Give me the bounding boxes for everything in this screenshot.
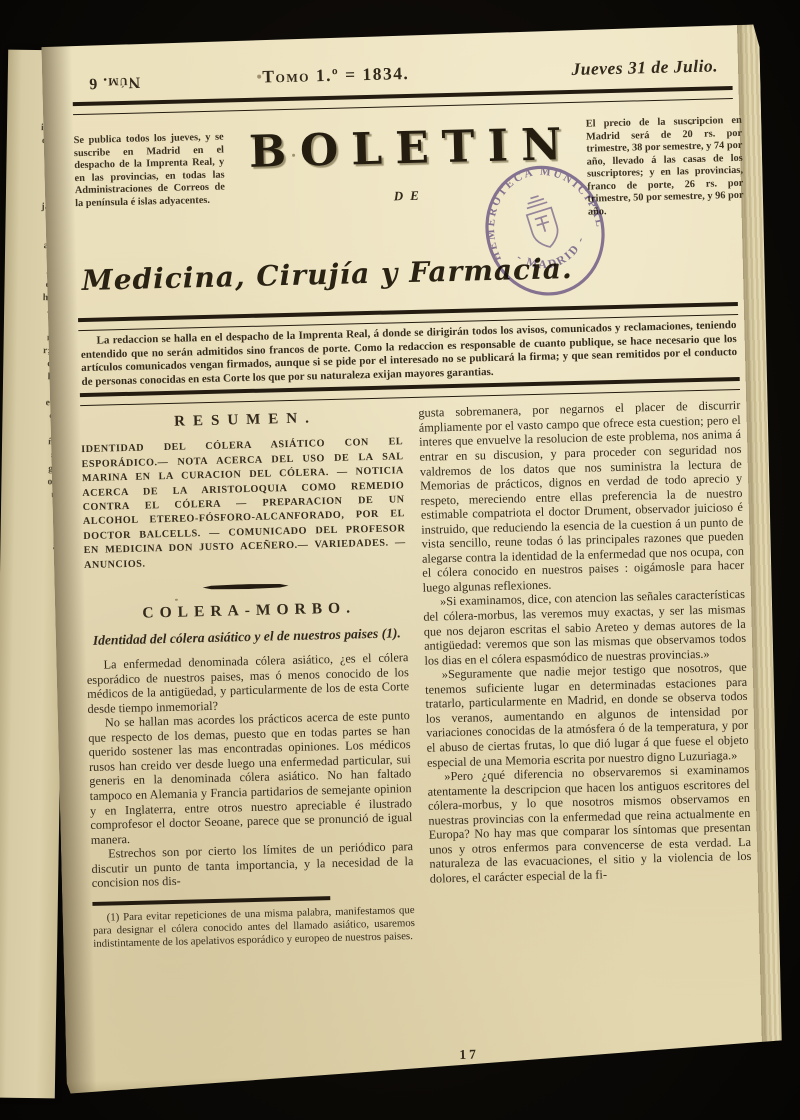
article-title: COLERA-MORBO. [85,598,407,624]
stamp-crest-icon [522,193,562,250]
body-paragraph: No se hallan mas acordes los prácticos a… [88,708,413,847]
footnote-rule [92,896,330,906]
body-paragraph: »Si examinamos, dice, con atencion las s… [423,587,747,668]
resumen-title: RESUMEN. [80,409,402,434]
body-paragraph: gusta sobremanera, por negarnos el place… [418,398,745,595]
text-columns: RESUMEN. IDENTIDAD DEL CÓLERA ASIÁTICO C… [80,398,755,1050]
body-paragraph: Estrechos son por cierto los límites de … [91,839,414,890]
left-column: RESUMEN. IDENTIDAD DEL CÓLERA ASIÁTICO C… [80,407,417,1051]
scanned-book-scene: ion ion de de cia cia las lasá- ja- de d… [0,0,800,1120]
volume-year: Tomo 1.º = 1834. [140,60,532,91]
printed-area: Núm. 6 Tomo 1.º = 1834. Jueves 31 de Jul… [72,51,756,1065]
svg-text:- MADRID -: - MADRID - [512,231,594,281]
body-paragraph: »Pero ¿qué diferencia no observaremos si… [427,762,752,886]
body-paragraph: La enfermedad denominada cólera asiático… [86,650,409,716]
footnote: (1) Para evitar repeticiones de una mism… [93,904,416,951]
article-subtitle: Identidad del cólera asiático y el de nu… [86,625,408,649]
scan-background: { "colors": { "paper": "#e9deba", "ink":… [0,0,800,1120]
publication-notice: Se publica todos los jueves, y se suscri… [73,116,226,252]
body-paragraph: »Seguramente que nadie mejor testigo que… [425,660,749,770]
section-ornament [203,583,289,590]
resumen-body: IDENTIDAD DEL CÓLERA ASIÁTICO CON EL ESP… [81,436,406,573]
masthead: Se publica todos los jueves, y se suscri… [73,103,738,317]
right-column: gusta sobremanera, por negarnos el place… [418,398,755,1042]
journal-page: Núm. 6 Tomo 1.º = 1834. Jueves 31 de Jul… [41,24,784,1093]
issue-number: Núm. 6 [88,73,140,92]
issue-date: Jueves 31 de Julio. [571,55,718,80]
